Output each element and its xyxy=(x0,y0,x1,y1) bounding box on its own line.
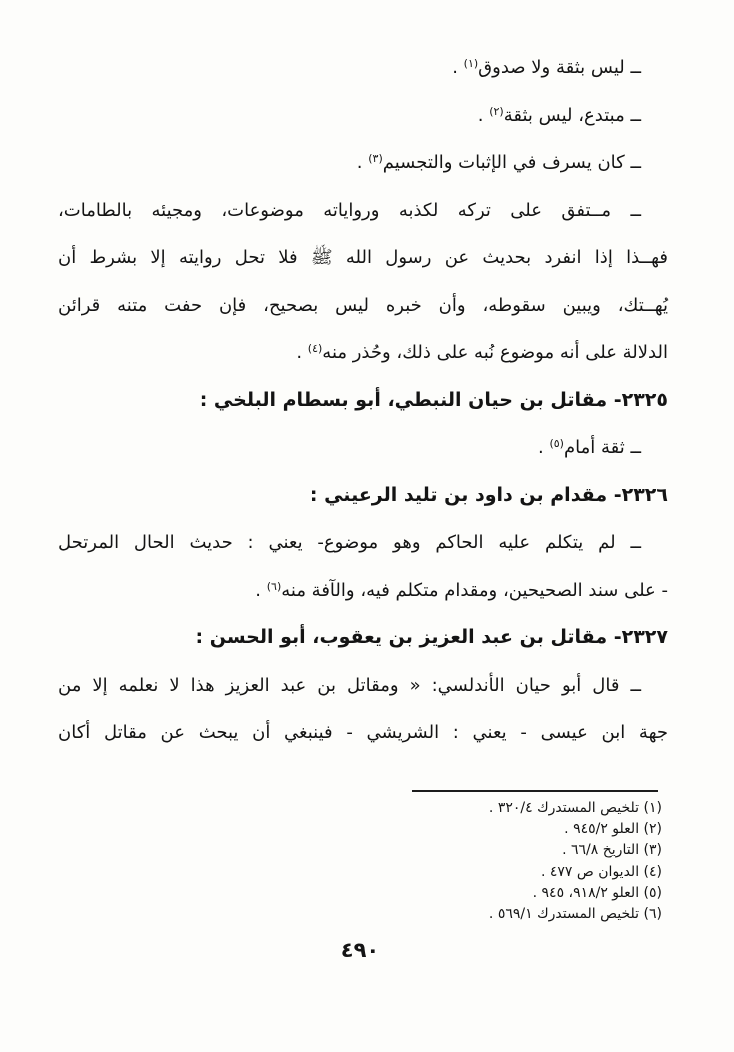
text-segment: ٢٣٢٦- مقدام بن داود بن تليد الرعيني : xyxy=(310,484,668,506)
text-line: ــ لم يتكلم عليه الحاكم وهو موضوع- يعني … xyxy=(58,519,668,567)
text-segment: - على سند الصحيحين، ومقدام متكلم فيه، وا… xyxy=(281,580,668,601)
text-segment: ٢٣٢٥- مقاتل بن حيان النبطي، أبو بسطام ال… xyxy=(200,389,668,411)
page-body: ــ ليس بثقة ولا صدوق(١) .ــ مبتدع، ليس ب… xyxy=(58,44,668,757)
text-segment: . xyxy=(452,57,463,78)
text-segment: . xyxy=(538,437,549,458)
footnote-ref: (٣) xyxy=(368,152,383,165)
text-segment: يُهــتك، ويبين سقوطه، وأن خبره ليس بصحيح… xyxy=(58,295,668,316)
text-line: الدلالة على أنه موضوع نُبه على ذلك، وحُذ… xyxy=(58,329,668,377)
text-line: يُهــتك، ويبين سقوطه، وأن خبره ليس بصحيح… xyxy=(58,282,668,330)
text-line: فهــذا إذا انفرد بحديث عن رسول الله ﷺ فل… xyxy=(58,234,668,282)
text-segment: . xyxy=(296,342,307,363)
footnote-ref: (١) xyxy=(464,57,479,70)
text-segment: الدلالة على أنه موضوع نُبه على ذلك، وحُذ… xyxy=(322,342,668,363)
page-number: ٤٩٠ xyxy=(0,938,720,962)
text-line: ــ ليس بثقة ولا صدوق(١) . xyxy=(58,44,668,92)
text-segment: . xyxy=(478,105,489,126)
text-segment: ــ مبتدع، ليس بثقة xyxy=(504,105,641,126)
text-line: ــ كان يسرف في الإثبات والتجسيم(٣) . xyxy=(58,139,668,187)
footnote-ref: (٢) xyxy=(489,105,504,118)
text-segment: ــ مــتفق على تركه لكذبه ورواياته موضوعا… xyxy=(58,200,641,221)
text-segment: ٢٣٢٧- مقاتل بن عبد العزيز بن يعقوب، أبو … xyxy=(196,626,668,648)
text-segment: . xyxy=(255,580,266,601)
footnote-line: (٦) تلخيص المستدرك ٥٦٩/١ . xyxy=(60,904,662,925)
text-segment: ــ قال أبو حيان الأندلسي: « ومقاتل بن عب… xyxy=(58,675,641,696)
footnotes-block: (١) تلخيص المستدرك ٣٢٠/٤ .(٢) العلو ٩٤٥/… xyxy=(60,798,662,925)
text-line: جهة ابن عيسى - يعني : الشريشي - فينبغي أ… xyxy=(58,709,668,757)
text-line: - على سند الصحيحين، ومقدام متكلم فيه، وا… xyxy=(58,567,668,615)
entry-heading: ٢٣٢٧- مقاتل بن عبد العزيز بن يعقوب، أبو … xyxy=(58,614,668,662)
text-line: ــ قال أبو حيان الأندلسي: « ومقاتل بن عب… xyxy=(58,662,668,710)
text-segment: . xyxy=(357,152,368,173)
text-segment: ــ ليس بثقة ولا صدوق xyxy=(478,57,641,78)
text-segment: جهة ابن عيسى - يعني : الشريشي - فينبغي أ… xyxy=(58,722,668,743)
footnote-ref: (٤) xyxy=(308,342,323,355)
entry-heading: ٢٣٢٥- مقاتل بن حيان النبطي، أبو بسطام ال… xyxy=(58,377,668,425)
footnote-line: (١) تلخيص المستدرك ٣٢٠/٤ . xyxy=(60,798,662,819)
text-segment: فهــذا إذا انفرد بحديث عن رسول الله ﷺ فل… xyxy=(58,247,668,268)
footnote-line: (٥) العلو ٩١٨/٢، ٩٤٥ . xyxy=(60,883,662,904)
footnote-line: (٣) التاريخ ٦٦/٨ . xyxy=(60,840,662,861)
text-segment: ــ لم يتكلم عليه الحاكم وهو موضوع- يعني … xyxy=(58,532,641,553)
text-segment: ــ ثقة أمام xyxy=(564,437,641,458)
text-line: ــ ثقة أمام(٥) . xyxy=(58,424,668,472)
footnote-separator xyxy=(412,790,658,792)
footnote-ref: (٥) xyxy=(549,437,564,450)
footnote-line: (٤) الديوان ص ٤٧٧ . xyxy=(60,862,662,883)
text-line: ــ مــتفق على تركه لكذبه ورواياته موضوعا… xyxy=(58,187,668,235)
text-segment: ــ كان يسرف في الإثبات والتجسيم xyxy=(383,152,641,173)
book-page: ــ ليس بثقة ولا صدوق(١) .ــ مبتدع، ليس ب… xyxy=(0,0,734,1052)
footnote-ref: (٦) xyxy=(267,580,282,593)
footnote-line: (٢) العلو ٩٤٥/٢ . xyxy=(60,819,662,840)
text-line: ــ مبتدع، ليس بثقة(٢) . xyxy=(58,92,668,140)
entry-heading: ٢٣٢٦- مقدام بن داود بن تليد الرعيني : xyxy=(58,472,668,520)
